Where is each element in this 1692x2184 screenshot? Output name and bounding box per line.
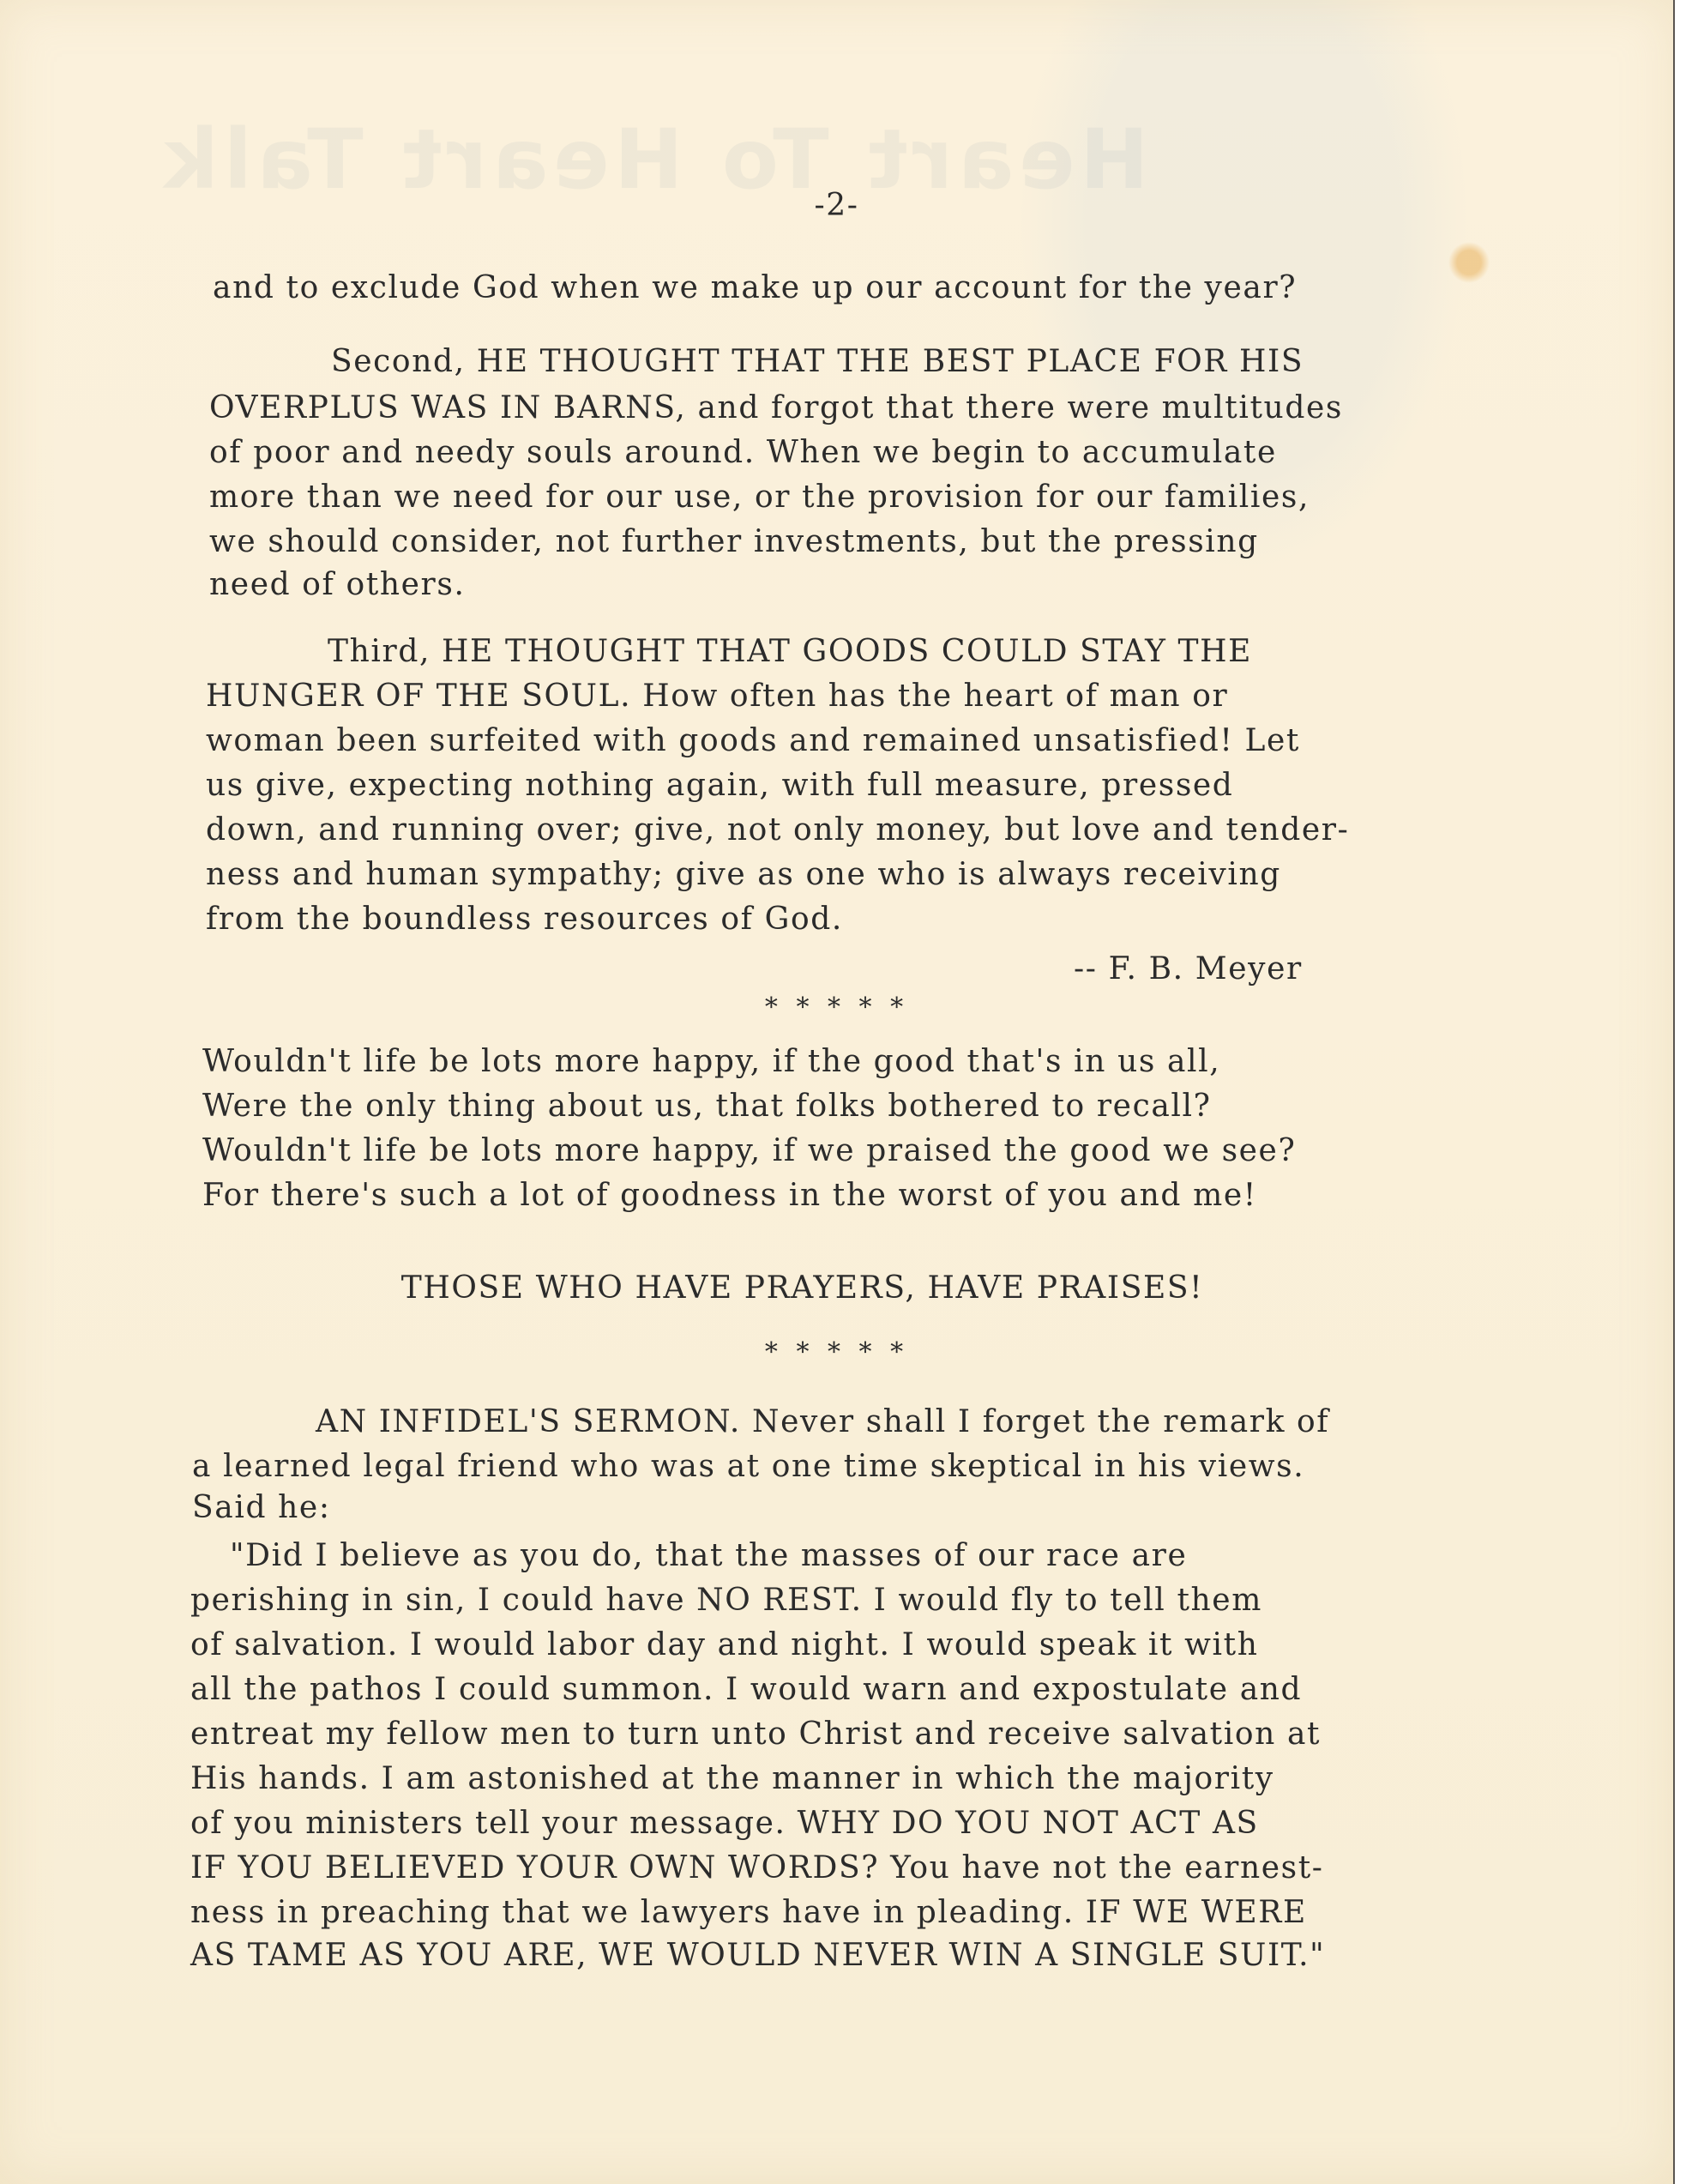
paragraph-line: and to exclude God when we make up our a… bbox=[213, 273, 1297, 304]
quote-line: ness in preaching that we lawyers have i… bbox=[190, 1897, 1307, 1928]
paragraph-second-line: Second, HE THOUGHT THAT THE BEST PLACE F… bbox=[331, 347, 1304, 377]
paragraph-line: of poor and needy souls around. When we … bbox=[209, 437, 1277, 468]
quote-line: of salvation. I would labor day and nigh… bbox=[190, 1630, 1259, 1661]
quote-line: perishing in sin, I could have NO REST. … bbox=[190, 1585, 1262, 1616]
paragraph-line: Said he: bbox=[192, 1493, 331, 1523]
poem-line: Were the only thing about us, that folks… bbox=[202, 1091, 1212, 1122]
heading-prayers-praises: THOSE WHO HAVE PRAYERS, HAVE PRAISES! bbox=[0, 1273, 1673, 1304]
quote-line: of you ministers tell your message. WHY … bbox=[190, 1808, 1259, 1839]
poem-line: Wouldn't life be lots more happy, if the… bbox=[202, 1047, 1220, 1077]
paragraph-line: OVERPLUS WAS IN BARNS, and forgot that t… bbox=[209, 393, 1343, 424]
quote-line: AS TAME AS YOU ARE, WE WOULD NEVER WIN A… bbox=[190, 1940, 1325, 1971]
paragraph-third-line: Third, HE THOUGHT THAT GOODS COULD STAY … bbox=[328, 636, 1252, 667]
paper-page: Heart To Heart Talk -2- and to exclude G… bbox=[0, 0, 1675, 2184]
poem-line: For there's such a lot of goodness in th… bbox=[202, 1180, 1257, 1211]
quote-line: "Did I believe as you do, that the masse… bbox=[230, 1541, 1187, 1572]
quote-line: IF YOU BELIEVED YOUR OWN WORDS? You have… bbox=[190, 1853, 1324, 1884]
paragraph-line: we should consider, not further investme… bbox=[209, 527, 1259, 558]
quote-line: entreat my fellow men to turn unto Chris… bbox=[190, 1719, 1321, 1750]
paragraph-line: ness and human sympathy; give as one who… bbox=[206, 860, 1281, 890]
paragraph-line: from the boundless resources of God. bbox=[206, 904, 843, 935]
paragraph-line: down, and running over; give, not only m… bbox=[206, 815, 1349, 846]
quote-line: all the pathos I could summon. I would w… bbox=[190, 1674, 1302, 1705]
paragraph-line: a learned legal friend who was at one ti… bbox=[192, 1451, 1304, 1482]
paragraph-line: need of others. bbox=[209, 570, 465, 600]
sermon-heading-line: AN INFIDEL'S SERMON. Never shall I forge… bbox=[316, 1407, 1329, 1438]
paragraph-line: us give, expecting nothing again, with f… bbox=[206, 770, 1233, 801]
section-divider: * * * * * bbox=[0, 995, 1673, 1021]
poem-line: Wouldn't life be lots more happy, if we … bbox=[202, 1136, 1296, 1167]
quote-line: His hands. I am astonished at the manner… bbox=[190, 1764, 1274, 1795]
paragraph-line: HUNGER OF THE SOUL. How often has the he… bbox=[206, 681, 1228, 712]
section-divider: * * * * * bbox=[0, 1340, 1673, 1366]
page-number: -2- bbox=[0, 190, 1673, 221]
paragraph-line: woman been surfeited with goods and rema… bbox=[206, 726, 1300, 757]
paragraph-line: more than we need for our use, or the pr… bbox=[209, 482, 1310, 513]
attribution: -- F. B. Meyer bbox=[1074, 954, 1303, 985]
